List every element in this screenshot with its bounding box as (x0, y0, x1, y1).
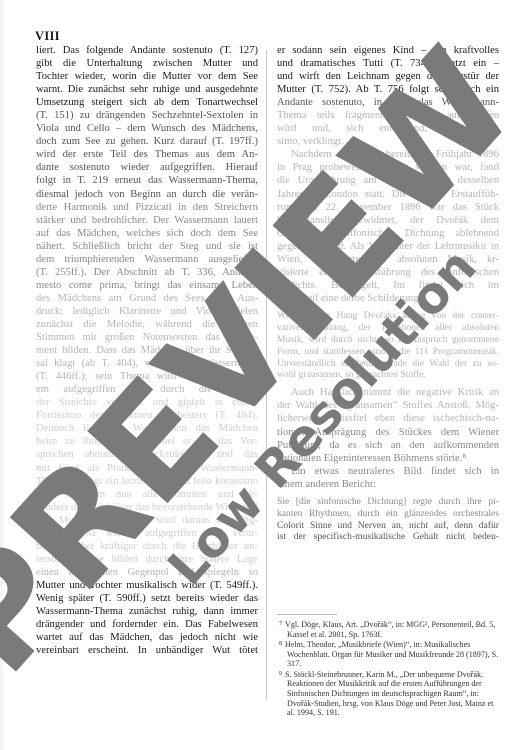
text-line: einen klanglichen Gegenpol und spiegeln … (36, 566, 258, 579)
text-line: Gegenteil eine derbe Schilderung: (277, 292, 499, 305)
page-number: VIII (35, 29, 60, 44)
text-line: liert. Das folgende Andante sostenuto (T… (36, 44, 258, 57)
text-line: Musik, wird durch nichts so in Anspruch … (277, 334, 499, 346)
footnotes: 7Vgl. Döge, Klaus, Art. „Dvořák“, in: MG… (277, 620, 499, 719)
text-line: die Uraufführung am 14. November desselb… (277, 174, 499, 187)
text-line: Colorit Sinne und Nerven an, nicht auf, … (277, 520, 499, 532)
text-line: des Mädchens am Grund des Sees zum Aus- (36, 292, 258, 305)
text-line: beitet, wobei kräftiger durch die Holzbl… (36, 540, 258, 553)
text-line: Tochter wieder, worin die Mutter vor dem… (36, 70, 258, 83)
footnote-number: 7 (279, 621, 282, 627)
text-line: einem anderen Bericht: (277, 478, 499, 491)
text-line: Mutter (T. 752). Ab T. 756 folgt schließ… (277, 83, 499, 96)
text-line: warnt. Die zunächst sehr ruhige und ausg… (36, 83, 258, 96)
footnote: 8Helm, Theodor, „Musikbriefe (Wien)“, in… (277, 640, 499, 669)
footnote-text: Helm, Theodor, „Musikbriefe (Wien)“, in:… (285, 640, 498, 668)
text-line: liche Thema wieder aufgegriffen und vera… (36, 527, 258, 540)
text-line: Mutter und Tochter musikalisch wider (T.… (36, 579, 258, 592)
text-line: wird der erste Teil des Themas aus dem A… (36, 148, 258, 161)
text-line: Dennoch lässt der Wassermann das Mädchen (36, 422, 258, 435)
text-line: Andante sostenuto, in dem das Wassermann… (277, 96, 499, 109)
text-line: folgt in T. 219 erneut das Wassermann-Th… (36, 174, 258, 187)
text-line: Genre der Sinfonischen Dichtung ablehnen… (277, 227, 499, 240)
text-line: bei Hanslick gewidmet, der Dvořák dem (277, 214, 499, 227)
text-line: gibt die Unterhaltung zwischen Mutter un… (36, 57, 258, 70)
text-line: em aufgegriffen und durch die Unruhe (36, 383, 258, 396)
column-divider (266, 50, 267, 700)
text-line: mit Kind als Pfand behält. Das Wasserman… (36, 462, 258, 475)
footnote-rule (277, 614, 337, 615)
footnote: 9S. Stöckl-Steinebrunner, Karin M., „Der… (277, 670, 499, 719)
text-line: Fortissimo des gesamten Orchesters (T. 4… (36, 409, 258, 422)
text-line: zunächst die Melodie, während die übrige… (36, 318, 258, 331)
text-line: wohl grausamen, so gebrachten Stoffe. (277, 369, 499, 381)
text-line: von Mutter und Tochter wird daraus urspr… (36, 514, 258, 527)
footnote: 7Vgl. Döge, Klaus, Art. „Dvořák“, in: MG… (277, 620, 499, 639)
text-line: Auch Hanslick nimmt die negative Kritik … (277, 386, 499, 399)
text-line: auf das Mädchen, welches sich doch dem S… (36, 227, 258, 240)
text-line: druck; lediglich Klarinette und Viola sp… (36, 305, 258, 318)
text-line: simo, verklingt. (277, 135, 499, 148)
text-line: Thema teils fragmentiert wieder aufgegri… (277, 109, 499, 122)
text-line: rung am 22. November 1896 war das Stück (277, 201, 499, 214)
text-line: in Prag probeweise gespielt worden war, … (277, 161, 499, 174)
text-line: kanten Rhythmen, durch ein glänzendes or… (277, 508, 499, 520)
text-line: sprechen abnimmt, zurückzukehren, und da… (36, 448, 258, 461)
text-line: ist der specifisch-musikalische Gehalt n… (277, 531, 499, 543)
text-line: Stimmen mit großen Notenwerten das Funda… (36, 331, 258, 344)
text-line: Jahres in London statt. Die Wiener Ersta… (277, 188, 499, 201)
text-line: wartet auf das Mädchen, das jedoch nicht… (36, 631, 258, 644)
text-line: ment bilden. Dass das Mädchen über ihr S… (36, 344, 258, 357)
text-line: sal klagt (ab T. 404), versteht der Wass… (36, 357, 258, 370)
text-line: und dramatisches Tutti (T. 734ff.) setzt… (277, 57, 499, 70)
text-line: drängender und fordernder ein. Das Fabel… (36, 618, 258, 631)
text-line: sonders die Holzbläser das bevorstehende… (36, 501, 258, 514)
text-line: Unverständlich erscheint gerade die Wahl… (277, 358, 499, 370)
text-line: vereinbart erscheint. In unbändiger Wut … (36, 644, 258, 657)
text-line: (T. 255ff.). Der Abschnitt ab T. 336, An… (36, 266, 258, 279)
text-line: Nachdem das Stück bereits im Frühjahr 18… (277, 148, 499, 161)
text-line: der Wahl des „grausamen“ Stoffes Anstoß.… (277, 399, 499, 412)
text-line: Publikum, da es sich an den aufkommenden (277, 439, 499, 452)
text-line: Wassermann-Thema zunächst ruhig, dann im… (36, 605, 258, 618)
text-line: Umsetzung steigert sich ab dem Tonartwec… (36, 96, 258, 109)
text-line: Sie [die sinfonische Dichtung] regte dur… (277, 496, 499, 508)
text-line: (T. 446ff.); sein Thema wird nun erneut … (36, 370, 258, 383)
footnote-number: 8 (279, 641, 282, 647)
text-line: (T. 151) zu drängenden Sechzehntel-Sexto… (36, 109, 258, 122)
text-line: nähert. Schließlich bricht der Steg und … (36, 240, 258, 253)
text-line: Ein etwas neutraleres Bild findet sich i… (277, 465, 499, 478)
footnote-text: Vgl. Döge, Klaus, Art. „Dvořák“, in: MGG… (285, 620, 495, 639)
text-line: diesmal jedoch von Beginn an durch die v… (36, 188, 258, 201)
page-edge-shadow (0, 0, 6, 750)
text-line: Gedichts. Bemängelt, Im findet sich im (277, 279, 499, 292)
text-line: stärker und bedrohlicher. Der Wassermann… (36, 214, 258, 227)
text-line: Form, und stattdessen einmal die 111 Pro… (277, 346, 499, 358)
text-line: Wie tief der Hang Dvořáks abzog von der … (277, 310, 499, 322)
text-line: wird und, sich entfernend, im Pianis- (277, 122, 499, 135)
text-line: mesto come prima, bringt das einsame Leb… (36, 279, 258, 292)
text-line: terstützt. Diese bilden durch ihre höher… (36, 553, 258, 566)
text-line: heim zu ihrer Mutter, wobei er ihr das V… (36, 435, 258, 448)
text-line: der Streicher verstärkt und gipfelt in e… (36, 396, 258, 409)
text-line: nationalen Eigeninteressen Böhmens stört… (277, 452, 499, 465)
text-line: über, in dem nun alle Stimmen und be- (36, 488, 258, 501)
text-line: tionale Ausprägung des Stückes dem Wiene… (277, 426, 499, 439)
right-column: er sodann sein eigenes Kind – ein kraftv… (277, 44, 499, 543)
left-column: liert. Das folgende Andante sostenuto (T… (36, 44, 258, 657)
text-line: itisierte er die Ausführung des sinfonis… (277, 266, 499, 279)
footnote-number: 9 (279, 671, 282, 677)
text-line: und wirft den Leichnam gegen die Haustür… (277, 70, 499, 83)
footnote-text: S. Stöckl-Steinebrunner, Karin M., „Der … (285, 670, 493, 718)
text-line: doch zum See zu gehen. Kurz darauf (T. 1… (36, 135, 258, 148)
text-line: Thema erklingt ein letztes Mal und leite… (36, 475, 258, 488)
text-line: gegenüberstand. Als Verfechter der Lehrm… (277, 240, 499, 253)
text-line: vativen Haltung, der Traditionen aller a… (277, 322, 499, 334)
text-line: dante sostenuto wieder aufgegriffen. Hie… (36, 161, 258, 174)
text-line: Viola und Cello – dem Wunsch des Mädchen… (36, 122, 258, 135)
text-line: derte Harmonik und Pizzicati in den Stre… (36, 201, 258, 214)
text-line: Wien, Befürworter der absoluten Musik, k… (277, 253, 499, 266)
text-line: dem triumphierenden Wassermann ausgelief… (36, 253, 258, 266)
text-line: licherweise missfiel eben diese tschechi… (277, 412, 499, 425)
text-line: Wenig später (T. 590ff.) setzt bereits w… (36, 592, 258, 605)
text-line: er sodann sein eigenes Kind – ein kraftv… (277, 44, 499, 57)
